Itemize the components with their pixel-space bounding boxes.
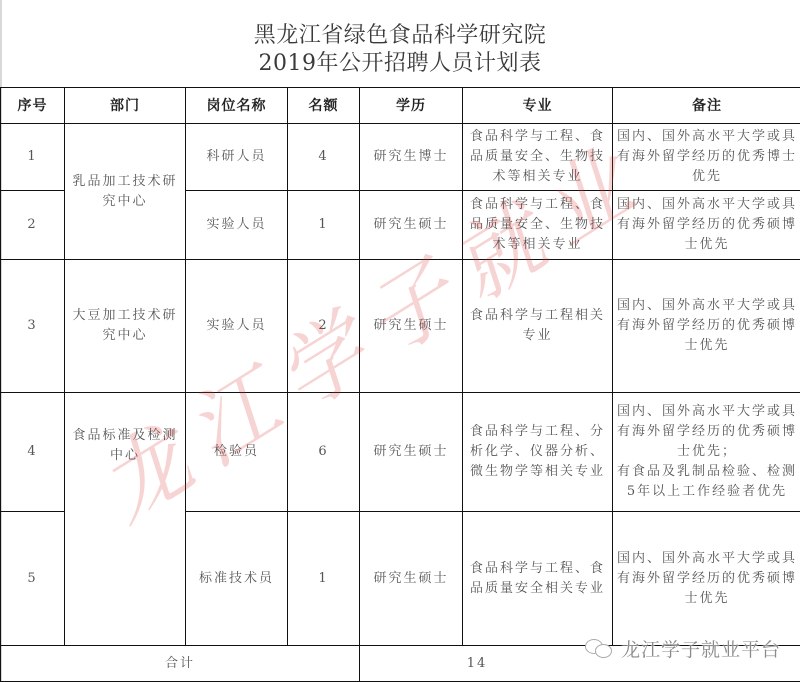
department-cell: 乳品加工技术研究中心	[65, 124, 186, 260]
seq-cell: 4	[1, 393, 65, 512]
header-row: 序号 部门 岗位名称 名额 学历 专业 备注	[1, 88, 800, 124]
note-part-2: 有食品及乳制品检验、检测5年以上工作经验者优先	[616, 462, 798, 502]
major-cell: 食品科学与工程、食品质量安全、生物技术等相关专业	[463, 124, 613, 191]
note-cell: 国内、国外高水平大学或具有海外留学经历的优秀硕博士优先； 有食品及乳制品检验、检…	[613, 393, 800, 512]
header-major: 专业	[463, 88, 613, 124]
header-note: 备注	[613, 88, 800, 124]
wechat-icon	[585, 637, 615, 659]
table-row: 3 大豆加工技术研究中心 实验人员 2 研究生硕士 食品科学与工程相关专业 国内…	[1, 260, 800, 393]
header-quota: 名额	[288, 88, 360, 124]
note-cell: 国内、国外高水平大学或具有海外留学经历的优秀硕博士优先	[613, 260, 800, 393]
major-cell: 食品科学与工程、食品质量安全、生物技术等相关专业	[463, 191, 613, 260]
major-cell: 食品科学与工程、食品质量安全相关专业	[463, 512, 613, 646]
seq-cell: 3	[1, 260, 65, 393]
institute-name: 黑龙江省绿色食品科学研究院	[0, 18, 800, 49]
seq-cell: 1	[1, 124, 65, 191]
position-cell: 科研人员	[186, 124, 288, 191]
header-department: 部门	[65, 88, 186, 124]
header-education: 学历	[360, 88, 463, 124]
document-title: 黑龙江省绿色食品科学研究院 2019年公开招聘人员计划表	[0, 0, 800, 87]
recruitment-plan-table: 序号 部门 岗位名称 名额 学历 专业 备注 1 乳品加工技术研究中心 科研人员…	[0, 87, 800, 682]
quota-cell: 6	[288, 393, 360, 512]
quota-cell: 4	[288, 124, 360, 191]
seq-cell: 5	[1, 512, 65, 646]
department-label: 食品标准及检测中心	[71, 393, 179, 498]
education-cell: 研究生硕士	[360, 260, 463, 393]
table-row: 1 乳品加工技术研究中心 科研人员 4 研究生博士 食品科学与工程、食品质量安全…	[1, 124, 800, 191]
brand-mark: 龙江学子就业平台	[585, 633, 781, 663]
table-row: 4 食品标准及检测中心 检验员 6 研究生硕士 食品科学与工程、分析化学、仪器分…	[1, 393, 800, 512]
education-cell: 研究生博士	[360, 124, 463, 191]
position-cell: 实验人员	[186, 260, 288, 393]
note-cell: 国内、国外高水平大学或具有海外留学经历的优秀博士优先	[613, 124, 800, 191]
brand-name: 龙江学子就业平台	[621, 635, 781, 662]
position-cell: 检验员	[186, 393, 288, 512]
total-label: 合计	[1, 646, 360, 682]
header-position: 岗位名称	[186, 88, 288, 124]
position-cell: 实验人员	[186, 191, 288, 260]
note-part-1: 国内、国外高水平大学或具有海外留学经历的优秀硕博士优先；	[616, 402, 798, 462]
education-cell: 研究生硕士	[360, 191, 463, 260]
department-cell: 大豆加工技术研究中心	[65, 260, 186, 393]
recruitment-plan-page: 黑龙江省绿色食品科学研究院 2019年公开招聘人员计划表 序号 部门 岗位名称 …	[0, 0, 800, 682]
quota-cell: 1	[288, 191, 360, 260]
note-cell: 国内、国外高水平大学或具有海外留学经历的优秀硕博士优先	[613, 191, 800, 260]
education-cell: 研究生硕士	[360, 512, 463, 646]
plan-title: 2019年公开招聘人员计划表	[0, 46, 800, 77]
quota-cell: 1	[288, 512, 360, 646]
seq-cell: 2	[1, 191, 65, 260]
header-seq: 序号	[1, 88, 65, 124]
major-cell: 食品科学与工程、分析化学、仪器分析、微生物学等相关专业	[463, 393, 613, 512]
quota-cell: 2	[288, 260, 360, 393]
note-cell: 国内、国外高水平大学或具有海外留学经历的优秀硕博士优先	[613, 512, 800, 646]
position-cell: 标准技术员	[186, 512, 288, 646]
department-cell: 食品标准及检测中心	[65, 393, 186, 646]
education-cell: 研究生硕士	[360, 393, 463, 512]
major-cell: 食品科学与工程相关专业	[463, 260, 613, 393]
